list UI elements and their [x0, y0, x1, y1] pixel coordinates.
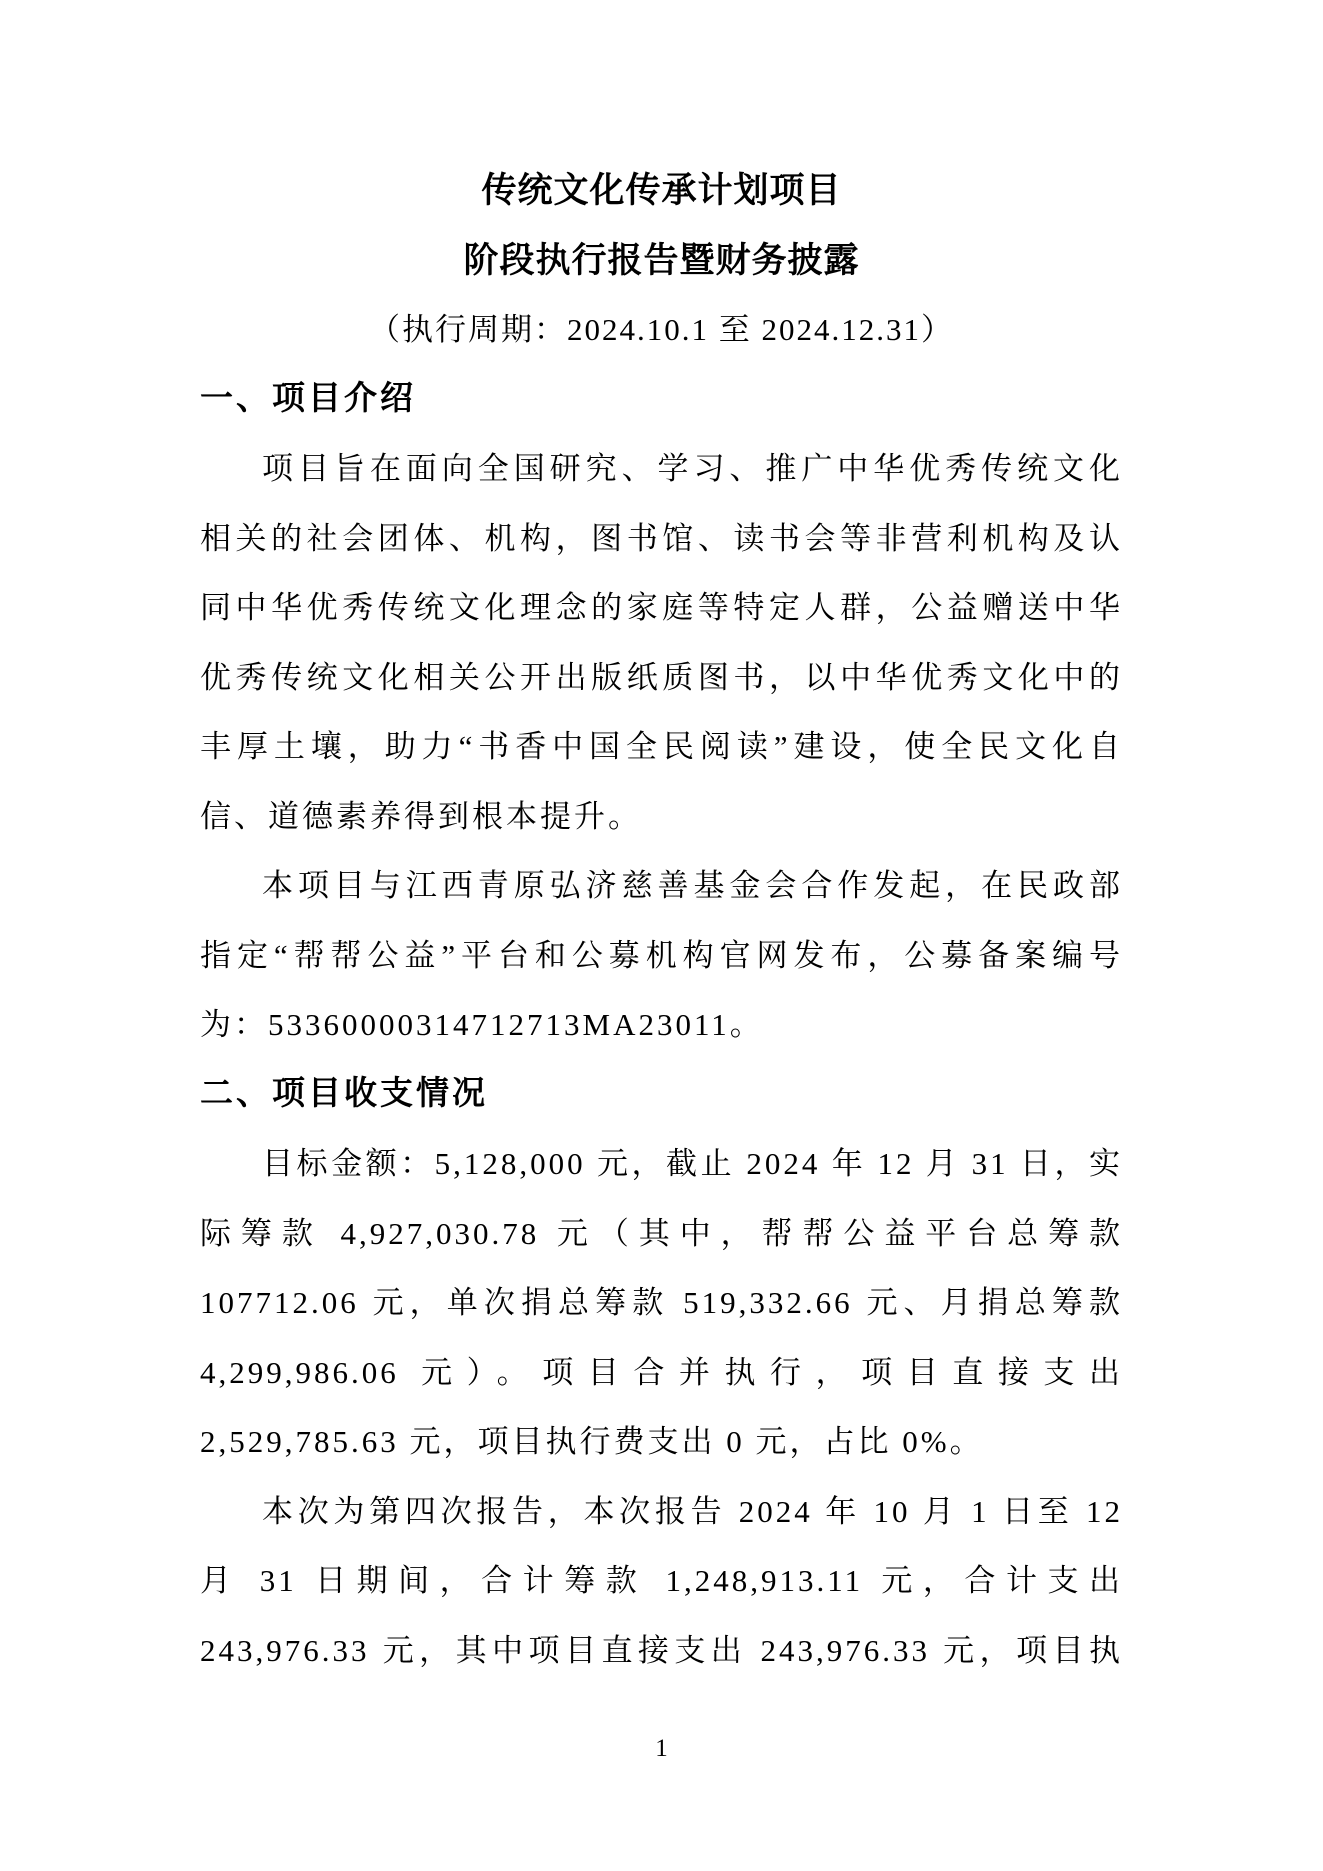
section-1-paragraph-1: 项目旨在面向全国研究、学习、推广中华优秀传统文化 相关的社会团体、机构，图书馆、… — [200, 434, 1123, 851]
execution-period: （执行周期：2024.10.1 至 2024.12.31） — [200, 295, 1123, 365]
paragraph-line: 相关的社会团体、机构，图书馆、读书会等非营利机构及认 — [200, 504, 1123, 574]
paragraph-line: 同中华优秀传统文化理念的家庭等特定人群，公益赠送中华 — [200, 573, 1123, 643]
paragraph-line: 目标金额：5,128,000 元，截止 2024 年 12 月 31 日，实 — [200, 1129, 1123, 1199]
paragraph-line: 本次为第四次报告，本次报告 2024 年 10 月 1 日至 12 — [200, 1477, 1123, 1547]
document-page: 传统文化传承计划项目 阶段执行报告暨财务披露 （执行周期：2024.10.1 至… — [0, 0, 1323, 1871]
paragraph-line: 243,976.33 元，其中项目直接支出 243,976.33 元，项目执 — [200, 1616, 1123, 1686]
section-2-paragraph-1: 目标金额：5,128,000 元，截止 2024 年 12 月 31 日，实 际… — [200, 1129, 1123, 1477]
section-2-paragraph-2: 本次为第四次报告，本次报告 2024 年 10 月 1 日至 12 月 31 日… — [200, 1477, 1123, 1686]
paragraph-line: 107712.06 元，单次捐总筹款 519,332.66 元、月捐总筹款 — [200, 1268, 1123, 1338]
document-title-line1: 传统文化传承计划项目 — [200, 156, 1123, 226]
paragraph-line: 际筹款 4,927,030.78 元（其中，帮帮公益平台总筹款 — [200, 1199, 1123, 1269]
paragraph-line: 月 31 日期间，合计筹款 1,248,913.11 元，合计支出 — [200, 1546, 1123, 1616]
paragraph-line: 丰厚土壤，助力“书香中国全民阅读”建设，使全民文化自 — [200, 712, 1123, 782]
paragraph-line: 本项目与江西青原弘济慈善基金会合作发起，在民政部 — [200, 851, 1123, 921]
paragraph-line: 指定“帮帮公益”平台和公募机构官网发布，公募备案编号 — [200, 921, 1123, 991]
paragraph-line: 项目旨在面向全国研究、学习、推广中华优秀传统文化 — [200, 434, 1123, 504]
paragraph-line: 4,299,986.06 元）。项目合并执行，项目直接支出 — [200, 1338, 1123, 1408]
document-title-line2: 阶段执行报告暨财务披露 — [200, 226, 1123, 296]
section-1-paragraph-2: 本项目与江西青原弘济慈善基金会合作发起，在民政部 指定“帮帮公益”平台和公募机构… — [200, 851, 1123, 1060]
page-number: 1 — [0, 1734, 1323, 1764]
section-2-heading: 二、项目收支情况 — [200, 1060, 1123, 1130]
paragraph-line: 2,529,785.63 元，项目执行费支出 0 元，占比 0%。 — [200, 1407, 1123, 1477]
paragraph-line: 信、道德素养得到根本提升。 — [200, 782, 1123, 852]
paragraph-line: 为：53360000314712713MA23011。 — [200, 990, 1123, 1060]
paragraph-line: 优秀传统文化相关公开出版纸质图书，以中华优秀文化中的 — [200, 643, 1123, 713]
section-1-heading: 一、项目介绍 — [200, 365, 1123, 435]
